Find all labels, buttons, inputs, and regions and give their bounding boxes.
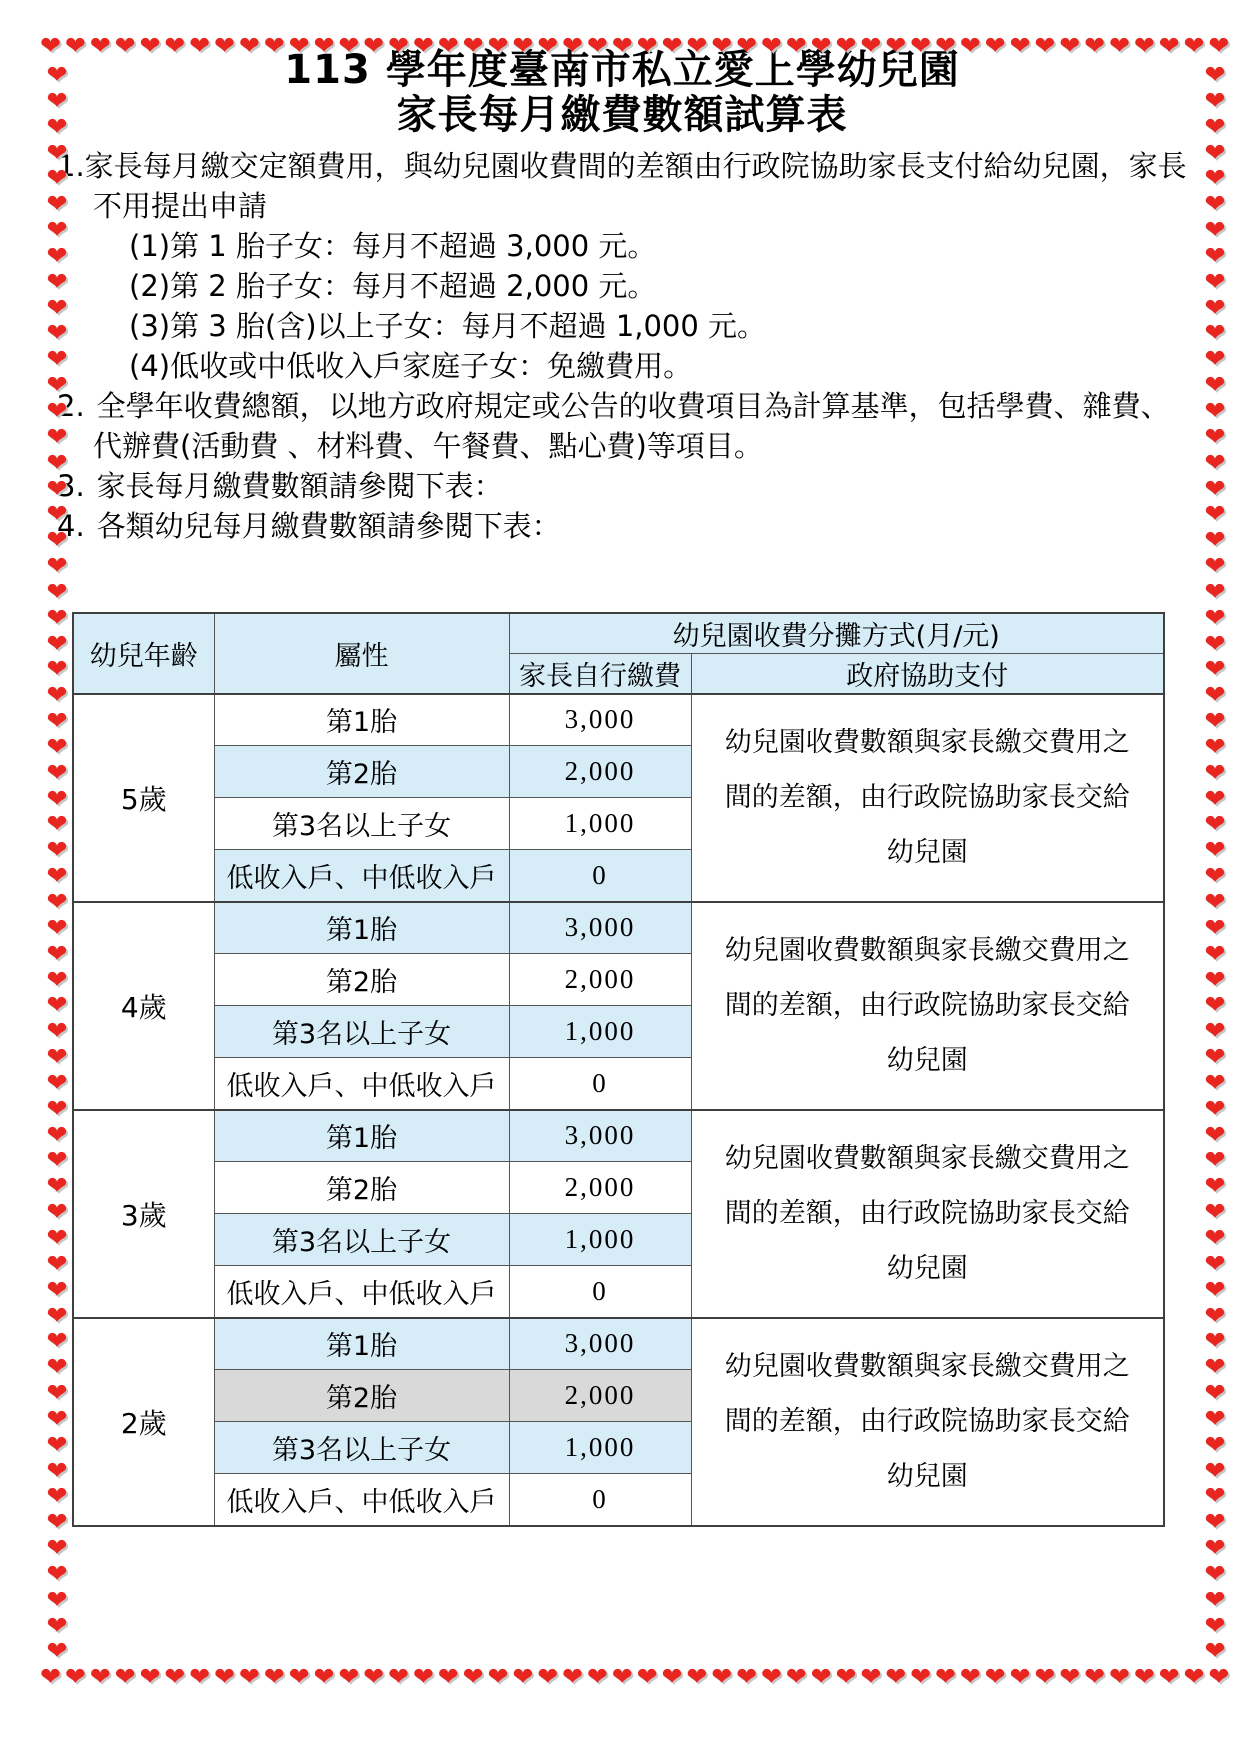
heart-icon: ❤ (47, 708, 68, 733)
heart-icon: ❤ (1109, 1664, 1130, 1689)
value-3y-row4: 0 (509, 1266, 691, 1318)
heart-icon: ❤ (47, 398, 68, 423)
heart-icon: ❤ (47, 1587, 68, 1612)
heart-icon: ❤ (363, 33, 384, 58)
heart-icon: ❤ (40, 1664, 61, 1689)
heart-icon: ❤ (313, 1664, 334, 1689)
value-5y-row1: 3,000 (509, 694, 691, 746)
heart-icon: ❤ (47, 811, 68, 836)
heart-icon: ❤ (47, 1173, 68, 1198)
attr-4y-row2: 第2胎 (214, 954, 509, 1006)
page-content: 113 學年度臺南市私立愛上學幼兒園 家長每月繳費數額試算表 1.家長每月繳交定… (57, 48, 1187, 1527)
heart-icon: ❤ (47, 1535, 68, 1560)
heart-icon: ❤ (47, 1432, 68, 1457)
heart-border-left: ❤❤❤❤❤❤❤❤❤❤❤❤❤❤❤❤❤❤❤❤❤❤❤❤❤❤❤❤❤❤❤❤❤❤❤❤❤❤❤❤… (42, 62, 72, 1664)
heart-icon: ❤ (47, 1044, 68, 1069)
heart-icon: ❤ (1205, 372, 1226, 397)
heart-icon: ❤ (1205, 1509, 1226, 1534)
heart-icon: ❤ (1205, 88, 1226, 113)
attr-5y-row4: 低收入戶、中低收入戶 (214, 850, 509, 902)
heart-icon: ❤ (47, 88, 68, 113)
age-cell-3y: 3歲 (73, 1110, 214, 1318)
attr-2y-row2: 第2胎 (214, 1370, 509, 1422)
heart-icon: ❤ (1205, 1044, 1226, 1069)
heart-icon: ❤ (637, 1664, 658, 1689)
heart-icon: ❤ (1208, 1664, 1229, 1689)
heart-icon: ❤ (836, 33, 857, 58)
heart-icon: ❤ (115, 33, 136, 58)
heart-icon: ❤ (47, 863, 68, 888)
heart-icon: ❤ (661, 33, 682, 58)
heart-icon: ❤ (115, 1664, 136, 1689)
heart-icon: ❤ (47, 424, 68, 449)
note-2-text: 全學年收費總額，以地方政府規定或公告的收費項目為計算基準，包括學費、雜費、代辦費… (93, 389, 1170, 463)
heart-icon: ❤ (90, 33, 111, 58)
heart-icon: ❤ (1205, 992, 1226, 1017)
heart-icon: ❤ (1205, 1225, 1226, 1250)
page-title: 113 學年度臺南市私立愛上學幼兒園 家長每月繳費數額試算表 (57, 48, 1187, 138)
heart-icon: ❤ (960, 1664, 981, 1689)
heart-icon: ❤ (1205, 1406, 1226, 1431)
heart-icon: ❤ (47, 191, 68, 216)
heart-icon: ❤ (1205, 1096, 1226, 1121)
value-4y-row4: 0 (509, 1058, 691, 1110)
heart-icon: ❤ (1205, 837, 1226, 862)
heart-icon: ❤ (47, 1354, 68, 1379)
heart-icon: ❤ (47, 450, 68, 475)
heart-icon: ❤ (1084, 33, 1105, 58)
heart-icon: ❤ (711, 33, 732, 58)
heart-icon: ❤ (1109, 33, 1130, 58)
heart-icon: ❤ (1208, 33, 1229, 58)
note-item-1: 1.家長每月繳交定額費用，與幼兒園收費間的差額由行政院協助家長支付給幼兒園，家長… (57, 146, 1187, 226)
heart-icon: ❤ (885, 1664, 906, 1689)
heart-icon: ❤ (1205, 140, 1226, 165)
heart-icon: ❤ (47, 915, 68, 940)
heart-icon: ❤ (1084, 1664, 1105, 1689)
heart-icon: ❤ (487, 33, 508, 58)
heart-icon: ❤ (1034, 1664, 1055, 1689)
value-3y-row2: 2,000 (509, 1162, 691, 1214)
heart-icon: ❤ (47, 1018, 68, 1043)
heart-icon: ❤ (47, 1225, 68, 1250)
heart-icon: ❤ (47, 501, 68, 526)
note-3-text: 家長每月繳費數額請參閱下表： (97, 469, 503, 503)
heart-icon: ❤ (47, 372, 68, 397)
attr-3y-row1: 第1胎 (214, 1110, 509, 1162)
heart-icon: ❤ (1134, 1664, 1155, 1689)
heart-icon: ❤ (47, 1561, 68, 1586)
heart-icon: ❤ (47, 269, 68, 294)
heart-icon: ❤ (786, 1664, 807, 1689)
heart-icon: ❤ (413, 1664, 434, 1689)
heart-icon: ❤ (1205, 682, 1226, 707)
header-age: 幼兒年齡 (73, 613, 214, 694)
heart-icon: ❤ (47, 527, 68, 552)
heart-icon: ❤ (1205, 527, 1226, 552)
age-cell-4y: 4歲 (73, 902, 214, 1110)
heart-icon: ❤ (47, 579, 68, 604)
header-attribute: 屬性 (214, 613, 509, 694)
heart-icon: ❤ (47, 1251, 68, 1276)
heart-icon: ❤ (388, 1664, 409, 1689)
heart-icon: ❤ (1205, 553, 1226, 578)
attr-2y-row3: 第3名以上子女 (214, 1422, 509, 1474)
age-cell-5y: 5歲 (73, 694, 214, 902)
value-5y-row4: 0 (509, 850, 691, 902)
note-1-sub-3: (3)第 3 胎(含)以上子女：每月不超過 1,000 元。 (129, 306, 1187, 346)
heart-icon: ❤ (47, 656, 68, 681)
heart-icon: ❤ (363, 1664, 384, 1689)
header-parent-pay: 家長自行繳費 (509, 653, 691, 694)
heart-icon: ❤ (47, 941, 68, 966)
attr-3y-row4: 低收入戶、中低收入戶 (214, 1266, 509, 1318)
note-1-sub-1: (1)第 1 胎子女：每月不超過 3,000 元。 (129, 226, 1187, 266)
gov-cell-4y: 幼兒園收費數額與家長繳交費用之間的差額，由行政院協助家長交給幼兒園 (691, 902, 1164, 1110)
heart-icon: ❤ (47, 1328, 68, 1353)
heart-icon: ❤ (313, 33, 334, 58)
heart-icon: ❤ (1205, 295, 1226, 320)
heart-icon: ❤ (1205, 62, 1226, 87)
heart-icon: ❤ (47, 605, 68, 630)
heart-icon: ❤ (985, 33, 1006, 58)
attr-4y-row4: 低收入戶、中低收入戶 (214, 1058, 509, 1110)
heart-icon: ❤ (438, 33, 459, 58)
value-4y-row2: 2,000 (509, 954, 691, 1006)
heart-icon: ❤ (47, 1638, 68, 1663)
header-share-title: 幼兒園收費分攤方式(月/元) (509, 613, 1164, 654)
heart-icon: ❤ (1205, 1199, 1226, 1224)
heart-icon: ❤ (47, 1122, 68, 1147)
heart-icon: ❤ (587, 33, 608, 58)
heart-icon: ❤ (214, 1664, 235, 1689)
value-3y-row3: 1,000 (509, 1214, 691, 1266)
heart-icon: ❤ (338, 33, 359, 58)
heart-icon: ❤ (47, 114, 68, 139)
heart-icon: ❤ (587, 1664, 608, 1689)
heart-icon: ❤ (1205, 1018, 1226, 1043)
age-cell-2y: 2歲 (73, 1318, 214, 1526)
document-page: { "title": { "line1": "113 學年度臺南市私立愛上學幼兒… (0, 0, 1241, 1755)
heart-icon: ❤ (1205, 424, 1226, 449)
note-item-4: 4.各類幼兒每月繳費數額請參閱下表： (57, 506, 1187, 546)
heart-icon: ❤ (47, 1406, 68, 1431)
heart-icon: ❤ (1205, 656, 1226, 681)
heart-icon: ❤ (264, 33, 285, 58)
notes-list: 1.家長每月繳交定額費用，與幼兒園收費間的差額由行政院協助家長支付給幼兒園，家長… (57, 146, 1187, 546)
heart-icon: ❤ (960, 33, 981, 58)
heart-icon: ❤ (1205, 1535, 1226, 1560)
heart-icon: ❤ (910, 33, 931, 58)
heart-icon: ❤ (47, 1509, 68, 1534)
heart-icon: ❤ (562, 33, 583, 58)
heart-icon: ❤ (1205, 631, 1226, 656)
heart-icon: ❤ (47, 786, 68, 811)
attr-3y-row3: 第3名以上子女 (214, 1214, 509, 1266)
heart-icon: ❤ (47, 1613, 68, 1638)
heart-icon: ❤ (1134, 33, 1155, 58)
heart-icon: ❤ (47, 967, 68, 992)
heart-border-top: ❤❤❤❤❤❤❤❤❤❤❤❤❤❤❤❤❤❤❤❤❤❤❤❤❤❤❤❤❤❤❤❤❤❤❤❤❤❤❤❤… (40, 33, 1230, 58)
heart-icon: ❤ (1205, 605, 1226, 630)
heart-icon: ❤ (1159, 1664, 1180, 1689)
heart-icon: ❤ (47, 1199, 68, 1224)
heart-icon: ❤ (239, 1664, 260, 1689)
heart-icon: ❤ (910, 1664, 931, 1689)
heart-icon: ❤ (47, 217, 68, 242)
heart-icon: ❤ (1205, 476, 1226, 501)
heart-icon: ❤ (1205, 1613, 1226, 1638)
heart-icon: ❤ (537, 33, 558, 58)
heart-icon: ❤ (1205, 1070, 1226, 1095)
heart-icon: ❤ (637, 33, 658, 58)
fee-table: 幼兒年齡 屬性 幼兒園收費分攤方式(月/元) 家長自行繳費 政府協助支付 5歲 … (72, 612, 1165, 1527)
heart-border-right: ❤❤❤❤❤❤❤❤❤❤❤❤❤❤❤❤❤❤❤❤❤❤❤❤❤❤❤❤❤❤❤❤❤❤❤❤❤❤❤❤… (1200, 62, 1230, 1664)
heart-icon: ❤ (1205, 579, 1226, 604)
heart-icon: ❤ (761, 1664, 782, 1689)
heart-icon: ❤ (47, 1303, 68, 1328)
note-4-text: 各類幼兒每月繳費數額請參閱下表： (97, 509, 561, 543)
heart-icon: ❤ (1205, 734, 1226, 759)
heart-icon: ❤ (65, 33, 86, 58)
heart-icon: ❤ (1159, 33, 1180, 58)
heart-icon: ❤ (289, 1664, 310, 1689)
heart-icon: ❤ (1205, 1638, 1226, 1663)
heart-icon: ❤ (612, 1664, 633, 1689)
heart-icon: ❤ (47, 1277, 68, 1302)
value-3y-row1: 3,000 (509, 1110, 691, 1162)
heart-icon: ❤ (1205, 501, 1226, 526)
heart-icon: ❤ (189, 1664, 210, 1689)
heart-icon: ❤ (463, 33, 484, 58)
heart-icon: ❤ (1205, 1173, 1226, 1198)
heart-icon: ❤ (1205, 1328, 1226, 1353)
heart-icon: ❤ (1205, 165, 1226, 190)
gov-cell-3y: 幼兒園收費數額與家長繳交費用之間的差額，由行政院協助家長交給幼兒園 (691, 1110, 1164, 1318)
heart-icon: ❤ (1010, 1664, 1031, 1689)
header-gov-pay: 政府協助支付 (691, 653, 1164, 694)
attr-5y-row3: 第3名以上子女 (214, 798, 509, 850)
note-1-text: 家長每月繳交定額費用，與幼兒園收費間的差額由行政院協助家長支付給幼兒園，家長不用… (85, 149, 1187, 223)
heart-icon: ❤ (1205, 1380, 1226, 1405)
attr-2y-row4: 低收入戶、中低收入戶 (214, 1474, 509, 1526)
heart-icon: ❤ (289, 33, 310, 58)
heart-icon: ❤ (47, 243, 68, 268)
heart-icon: ❤ (1205, 269, 1226, 294)
heart-icon: ❤ (1205, 1432, 1226, 1457)
heart-icon: ❤ (47, 62, 68, 87)
page-title-line2: 家長每月繳費數額試算表 (57, 93, 1187, 138)
heart-icon: ❤ (512, 1664, 533, 1689)
gov-cell-2y: 幼兒園收費數額與家長繳交費用之間的差額，由行政院協助家長交給幼兒園 (691, 1318, 1164, 1526)
heart-icon: ❤ (1205, 346, 1226, 371)
heart-icon: ❤ (1205, 889, 1226, 914)
heart-icon: ❤ (885, 33, 906, 58)
value-2y-row1: 3,000 (509, 1318, 691, 1370)
heart-icon: ❤ (463, 1664, 484, 1689)
heart-icon: ❤ (47, 631, 68, 656)
heart-icon: ❤ (1205, 941, 1226, 966)
heart-icon: ❤ (1205, 863, 1226, 888)
heart-icon: ❤ (47, 734, 68, 759)
heart-icon: ❤ (686, 1664, 707, 1689)
value-2y-row4: 0 (509, 1474, 691, 1526)
heart-icon: ❤ (1205, 450, 1226, 475)
heart-icon: ❤ (1059, 33, 1080, 58)
heart-icon: ❤ (1205, 191, 1226, 216)
heart-icon: ❤ (1059, 1664, 1080, 1689)
value-4y-row1: 3,000 (509, 902, 691, 954)
heart-icon: ❤ (786, 33, 807, 58)
heart-icon: ❤ (139, 1664, 160, 1689)
note-1-sub-4: (4)低收或中低收入戶家庭子女：免繳費用。 (129, 346, 1187, 386)
heart-icon: ❤ (40, 33, 61, 58)
heart-icon: ❤ (612, 33, 633, 58)
attr-2y-row1: 第1胎 (214, 1318, 509, 1370)
heart-icon: ❤ (1205, 1587, 1226, 1612)
heart-icon: ❤ (1205, 1458, 1226, 1483)
heart-icon: ❤ (1205, 1251, 1226, 1276)
note-1-sublist: (1)第 1 胎子女：每月不超過 3,000 元。 (2)第 2 胎子女：每月不… (57, 226, 1187, 386)
heart-icon: ❤ (1205, 1147, 1226, 1172)
heart-icon: ❤ (661, 1664, 682, 1689)
heart-icon: ❤ (537, 1664, 558, 1689)
heart-icon: ❤ (1205, 708, 1226, 733)
heart-border-bottom: ❤❤❤❤❤❤❤❤❤❤❤❤❤❤❤❤❤❤❤❤❤❤❤❤❤❤❤❤❤❤❤❤❤❤❤❤❤❤❤❤… (40, 1664, 1230, 1689)
heart-icon: ❤ (189, 33, 210, 58)
heart-icon: ❤ (47, 682, 68, 707)
note-item-3: 3.家長每月繳費數額請參閱下表： (57, 466, 1187, 506)
heart-icon: ❤ (935, 1664, 956, 1689)
gov-cell-5y: 幼兒園收費數額與家長繳交費用之間的差額，由行政院協助家長交給幼兒園 (691, 694, 1164, 902)
value-2y-row3: 1,000 (509, 1422, 691, 1474)
heart-icon: ❤ (1205, 915, 1226, 940)
heart-icon: ❤ (47, 476, 68, 501)
attr-4y-row1: 第1胎 (214, 902, 509, 954)
heart-icon: ❤ (736, 1664, 757, 1689)
heart-icon: ❤ (1205, 1354, 1226, 1379)
heart-icon: ❤ (47, 1458, 68, 1483)
heart-icon: ❤ (860, 1664, 881, 1689)
attr-5y-row1: 第1胎 (214, 694, 509, 746)
heart-icon: ❤ (47, 320, 68, 345)
heart-icon: ❤ (164, 33, 185, 58)
heart-icon: ❤ (1205, 967, 1226, 992)
heart-icon: ❤ (836, 1664, 857, 1689)
heart-icon: ❤ (47, 140, 68, 165)
heart-icon: ❤ (487, 1664, 508, 1689)
value-2y-row2: 2,000 (509, 1370, 691, 1422)
heart-icon: ❤ (686, 33, 707, 58)
heart-icon: ❤ (388, 33, 409, 58)
heart-icon: ❤ (1205, 243, 1226, 268)
heart-icon: ❤ (860, 33, 881, 58)
heart-icon: ❤ (1205, 114, 1226, 139)
heart-icon: ❤ (47, 553, 68, 578)
heart-icon: ❤ (811, 1664, 832, 1689)
heart-icon: ❤ (47, 992, 68, 1017)
heart-icon: ❤ (1034, 33, 1055, 58)
heart-icon: ❤ (1205, 217, 1226, 242)
heart-icon: ❤ (47, 1147, 68, 1172)
value-5y-row2: 2,000 (509, 746, 691, 798)
heart-icon: ❤ (1205, 398, 1226, 423)
heart-icon: ❤ (1184, 33, 1205, 58)
heart-icon: ❤ (47, 346, 68, 371)
heart-icon: ❤ (935, 33, 956, 58)
heart-icon: ❤ (47, 837, 68, 862)
heart-icon: ❤ (47, 165, 68, 190)
heart-icon: ❤ (47, 1380, 68, 1405)
heart-icon: ❤ (438, 1664, 459, 1689)
heart-icon: ❤ (65, 1664, 86, 1689)
heart-icon: ❤ (1205, 1483, 1226, 1508)
heart-icon: ❤ (47, 889, 68, 914)
heart-icon: ❤ (1205, 786, 1226, 811)
heart-icon: ❤ (1205, 1122, 1226, 1147)
heart-icon: ❤ (47, 1096, 68, 1121)
heart-icon: ❤ (47, 760, 68, 785)
note-item-2: 2.全學年收費總額，以地方政府規定或公告的收費項目為計算基準，包括學費、雜費、代… (57, 386, 1187, 466)
heart-icon: ❤ (562, 1664, 583, 1689)
heart-icon: ❤ (1205, 1303, 1226, 1328)
heart-icon: ❤ (47, 295, 68, 320)
heart-icon: ❤ (811, 33, 832, 58)
heart-icon: ❤ (239, 33, 260, 58)
attr-5y-row2: 第2胎 (214, 746, 509, 798)
value-4y-row3: 1,000 (509, 1006, 691, 1058)
heart-icon: ❤ (1205, 760, 1226, 785)
heart-icon: ❤ (1205, 1561, 1226, 1586)
heart-icon: ❤ (164, 1664, 185, 1689)
heart-icon: ❤ (1205, 1277, 1226, 1302)
heart-icon: ❤ (1205, 811, 1226, 836)
heart-icon: ❤ (47, 1483, 68, 1508)
heart-icon: ❤ (90, 1664, 111, 1689)
heart-icon: ❤ (338, 1664, 359, 1689)
heart-icon: ❤ (985, 1664, 1006, 1689)
heart-icon: ❤ (1205, 320, 1226, 345)
heart-icon: ❤ (736, 33, 757, 58)
heart-icon: ❤ (139, 33, 160, 58)
heart-icon: ❤ (47, 1070, 68, 1095)
attr-4y-row3: 第3名以上子女 (214, 1006, 509, 1058)
heart-icon: ❤ (214, 33, 235, 58)
heart-icon: ❤ (512, 33, 533, 58)
value-5y-row3: 1,000 (509, 798, 691, 850)
heart-icon: ❤ (1010, 33, 1031, 58)
heart-icon: ❤ (711, 1664, 732, 1689)
note-1-sub-2: (2)第 2 胎子女：每月不超過 2,000 元。 (129, 266, 1187, 306)
heart-icon: ❤ (413, 33, 434, 58)
heart-icon: ❤ (264, 1664, 285, 1689)
heart-icon: ❤ (1184, 1664, 1205, 1689)
heart-icon: ❤ (761, 33, 782, 58)
attr-3y-row2: 第2胎 (214, 1162, 509, 1214)
